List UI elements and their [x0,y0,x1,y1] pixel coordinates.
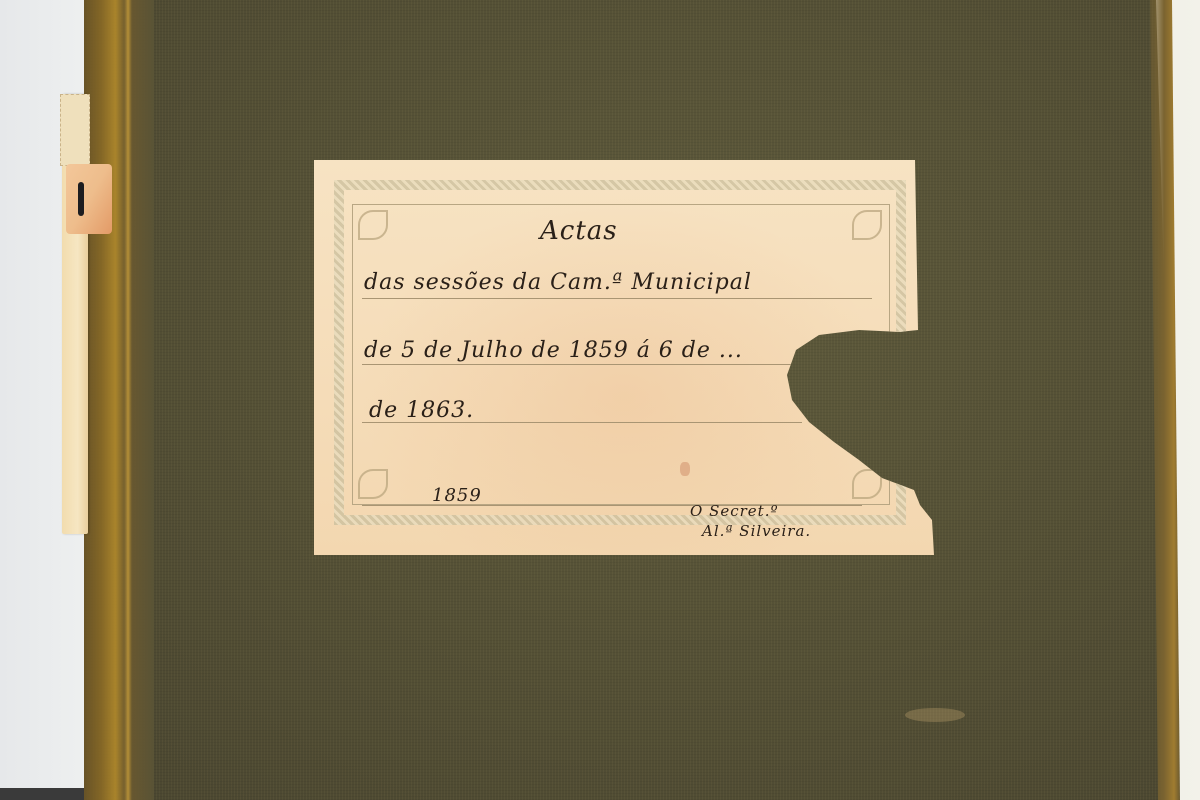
label-line-1: das sessões da Cam.ª Municipal [364,270,752,295]
label-line-2: de 5 de Julho de 1859 á 6 de ... [364,338,743,363]
ruled-line [362,364,792,365]
backdrop-shadow [0,788,90,800]
spine-tag [66,164,112,234]
label-title: Actas [540,216,618,246]
book-spine [84,0,154,800]
corner-ornament-icon [852,210,882,240]
signature-line-1: O Secret.º [690,502,779,520]
label-year: 1859 [432,485,482,506]
corner-ornament-icon [358,469,388,499]
cover-scuff [905,708,965,722]
signature-line-2: Al.ª Silveira. [702,522,811,540]
spine-highlight [124,0,132,800]
corner-ornament-icon [358,210,388,240]
label-stain [680,462,690,476]
ruled-line [362,298,872,299]
label-line-3: de 1863. [369,398,474,423]
spine-tape-top [60,94,90,166]
spine-tag-hole [78,182,84,216]
